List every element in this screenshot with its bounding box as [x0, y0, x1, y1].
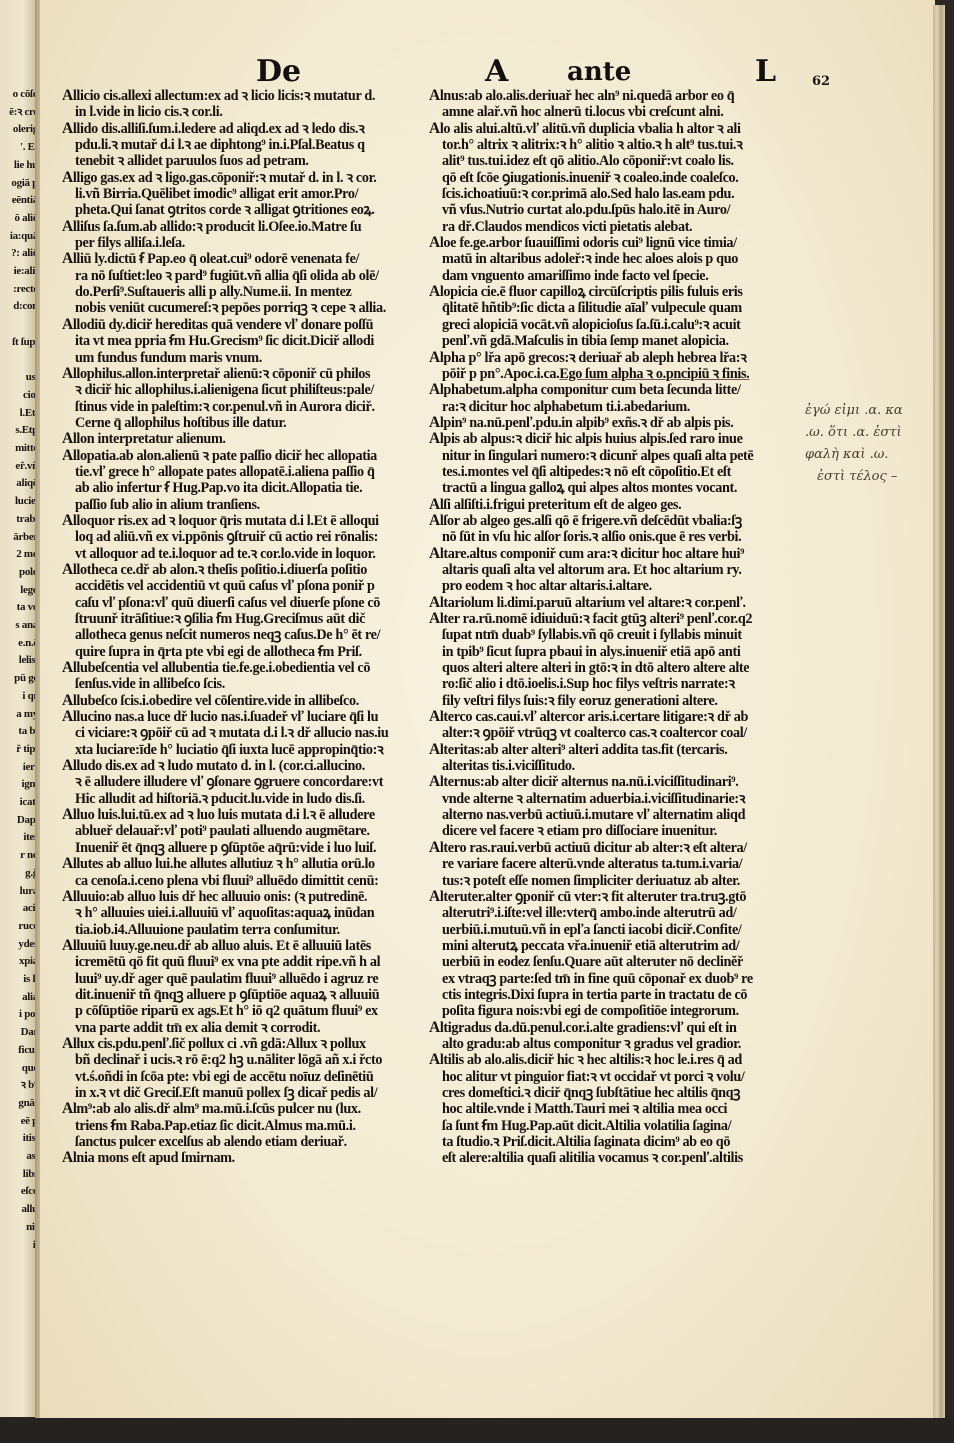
previous-page-text-fragment: Dap.: [0, 814, 38, 828]
entry-text-line: poſita figura nois:vbi egi de compoſitiō…: [429, 1003, 795, 1019]
entry-headword-line: Alluuiū luuy.ge.neu.dř ab alluo aluis. E…: [62, 938, 424, 954]
previous-page-text-fragment: ē:ꝛ cre: [0, 106, 38, 120]
dictionary-entry: Aloe fe.ge.arbor ſuauiſſimi odoris cui⁹ …: [429, 235, 795, 284]
dictionary-entry: Alnia mons eſt apud ſmirnam.: [62, 1150, 424, 1166]
entry-text-line: paſſio ſub alio in alium tranſiens.: [62, 497, 424, 513]
entry-text-line: ꝛ ē alludere illudere vľ ꝯſonare ꝯgruere…: [62, 774, 424, 790]
entry-text-line: pōiř p pn°.Apoc.i.ca.Ego ſum alpha ꝛ o.p…: [429, 366, 795, 382]
entry-text-line: tie.vľ grece h° allopate pates allopatē.…: [62, 464, 424, 480]
entry-text-line: per filys alliſa.i.leſa.: [62, 235, 424, 251]
previous-page-text-fragment: i qr: [0, 690, 38, 704]
entry-headword-line: Alluuio:ab alluo luis dř hec alluuio oni…: [62, 889, 424, 905]
entry-text-line: icremētū qō fit quū fluui⁹ ex vna pte ad…: [62, 954, 424, 970]
previous-page-text-fragment: pū ge: [0, 672, 38, 686]
entry-text-line: quos alteri altere alteri in gtō:ꝛ in dt…: [429, 660, 795, 676]
entry-text-line: tus:ꝛ poteſt eſſe nomen ſimpliciter deri…: [429, 873, 795, 889]
entry-headword-line: Alnia mons eſt apud ſmirnam.: [62, 1150, 424, 1166]
dictionary-entry: Alnus:ab alo.alis.deriuař hec aln⁹ ni.qu…: [429, 88, 795, 121]
entry-text-line: ab alio infertur ẜ Hug.Pap.vo ita dicit.…: [62, 480, 424, 496]
entry-text-line: vnde alterne ꝛ alternatim aduerbia.i.vic…: [429, 791, 795, 807]
entry-headword-line: Alter ra.rū.nomē idiuiduū:ꝛ facit gtūꝫ a…: [429, 611, 795, 627]
entry-headword-line: Allicio cis.allexi allectum:ex ad ꝛ lici…: [62, 88, 424, 104]
entry-headword-line: Alteruter.alter ꝯponiř cū vter:ꝛ fit alt…: [429, 889, 795, 905]
entry-text-line: ra dř.Claudos mendicos victi pietatis al…: [429, 219, 795, 235]
previous-page-text-fragment: us.: [0, 371, 38, 385]
entry-text-line: amne alař.vñ hoc alnerū ti.locus vbi cre…: [429, 104, 795, 120]
entry-text-line: ctis integris.Dixi ſupra in tertia parte…: [429, 987, 795, 1003]
entry-text-line: ex vtraqꝫ parte:ſed tm̄ in fine quū cōpo…: [429, 971, 795, 987]
entry-text-line: pheta.Qui ſanat ꝯtritos corde ꝛ alligat …: [62, 202, 424, 218]
dictionary-entry: Allido dis.alliſi.ſum.i.ledere ad aliqd.…: [62, 121, 424, 170]
previous-page-text-fragment: gnāt: [0, 1097, 38, 1111]
entry-text-line: dicere vel facere ꝛ etiam pro diſſociare…: [429, 823, 795, 839]
entry-text-line: li.vñ Birria.Quēlibet imodic⁹ alligat er…: [62, 186, 424, 202]
background-strip: [0, 1418, 954, 1443]
entry-headword-line: Allophilus.allon.interpretař alienū:ꝛ cō…: [62, 366, 424, 382]
dictionary-entry: Altigradus da.dū.penul.cor.i.alte gradie…: [429, 1020, 795, 1053]
dictionary-entry: Alloquor ris.ex ad ꝛ loquor q̄ris mutata…: [62, 513, 424, 562]
entry-headword-line: Allutes ab alluo lui.he allutes allutiuz…: [62, 856, 424, 872]
entry-headword-line: Altare.altus componiř cum ara:ꝛ dicitur …: [429, 546, 795, 562]
entry-headword-line: Alteritas:ab alter alteri⁹ alteri addita…: [429, 742, 795, 758]
entry-text-line: hoc altile.vnde i Matth.Tauri mei ꝛ alti…: [429, 1101, 795, 1117]
entry-headword-line: Alphabetum.alpha componitur cum beta ſec…: [429, 382, 795, 398]
previous-page-text-fragment: itis.: [0, 1132, 38, 1146]
entry-text-line: uerbiū in eodez ſenſu.Quare aūt alterute…: [429, 954, 795, 970]
previous-page-text-fragment: igni: [0, 778, 38, 792]
previous-page-text-fragment: eſco: [0, 1185, 38, 1199]
dictionary-entry: Alo alis alui.altū.vľ alitū.vñ duplicia …: [429, 121, 795, 235]
dictionary-entry: Alſor ab algeo ges.alſi qō ē frigere.vñ …: [429, 513, 795, 546]
entry-headword-line: Alluo luis.lui.tū.ex ad ꝛ luo luis mutat…: [62, 807, 424, 823]
previous-page-text-fragment: is li: [0, 973, 38, 987]
dictionary-entry: Allucino nas.a luce dř lucio nas.i.ſuade…: [62, 709, 424, 758]
entry-headword-line: Altilis ab alo.alis.diciř hic ꝛ hec alti…: [429, 1052, 795, 1068]
running-head-ante: ante: [567, 52, 631, 92]
entry-text-line: Inueniř ēt q̄nqꝫ alluere p ꝯſūptōe aq̄rū…: [62, 840, 424, 856]
previous-page-text-fragment: iert: [0, 761, 38, 775]
previous-page-text-fragment: ficut: [0, 1044, 38, 1058]
dictionary-entry: Alliſus ſa.ſum.ab allido:ꝛ producit li.O…: [62, 219, 424, 252]
entry-text-line: caſu vľ pſona:vľ quū diuerſi caſus vel d…: [62, 595, 424, 611]
previous-page-text-fragment: ř tipi: [0, 743, 38, 757]
entry-headword-line: Allon interpretatur alienum.: [62, 431, 424, 447]
dictionary-entry: Altariolum li.dimi.paruū altarium vel al…: [429, 595, 795, 611]
dictionary-entry: Alternus:ab alter diciř alternus na.nū.i…: [429, 774, 795, 839]
entry-headword-line: Aloe fe.ge.arbor ſuauiſſimi odoris cui⁹ …: [429, 235, 795, 251]
entry-headword-line: Alpis ab alpus:ꝛ diciř hic alpis huius a…: [429, 431, 795, 447]
previous-page-text-fragment: alia: [0, 991, 38, 1005]
running-head-de: De: [256, 52, 301, 92]
entry-text-line: ſupat ntm̄ duab⁹ ſyllabis.vñ qō creuit i…: [429, 627, 795, 643]
entry-headword-line: Alliū ly.dictū ẜ Pap.eo q̄ oleat.cui⁹ od…: [62, 251, 424, 267]
previous-page-text-fragment: ta bi: [0, 725, 38, 739]
entry-text-line: pro eodem ꝛ hoc altar altaris.i.altare.: [429, 578, 795, 594]
dictionary-entry: Alluuio:ab alluo luis dř hec alluuio oni…: [62, 889, 424, 938]
entry-headword-line: Allido dis.alliſi.ſum.i.ledere ad aliqd.…: [62, 121, 424, 137]
folio-number: 62: [812, 74, 830, 89]
previous-page-text-fragment: Dar: [0, 1026, 38, 1040]
previous-page-text-fragment: polo: [0, 566, 38, 580]
entry-headword-line: Altigradus da.dū.penul.cor.i.alte gradie…: [429, 1020, 795, 1036]
entry-headword-line: Allucino nas.a luce dř lucio nas.i.ſuade…: [62, 709, 424, 725]
dictionary-entry: Altilis ab alo.alis.diciř hic ꝛ hec alti…: [429, 1052, 795, 1166]
entry-text-line: vñ vſus.Nutrio curtat alo.pdu.ſpūs halo.…: [429, 202, 795, 218]
previous-page-text-fragment: g.ğ: [0, 867, 38, 881]
dictionary-entry: Alluuiū luuy.ge.neu.dř ab alluo aluis. E…: [62, 938, 424, 1036]
entry-text-line: tenebit ꝛ allidet paruulos ſuos ad petra…: [62, 153, 424, 169]
dictionary-entry: Alligo gas.ex ad ꝛ ligo.gas.cōponiř:ꝛ mu…: [62, 170, 424, 219]
entry-text-line: vt alloquor ad te.i.loquor ad te.ꝛ cor.l…: [62, 546, 424, 562]
entry-text-line: dit.inueniř tñ q̄nqꝫ alluere p ꝯſūptiōe …: [62, 987, 424, 1003]
previous-page-text-fragment: ites: [0, 831, 38, 845]
entry-text-line: alteritas tis.i.viciſſitudo.: [429, 758, 795, 774]
previous-page-text-fragment: ia:quā: [0, 230, 38, 244]
entry-headword-line: Altero ras.raui.verbū actiuū dicitur ab …: [429, 840, 795, 856]
entry-text-line: ca cenoſa.i.ceno plena vbi fluui⁹ alluēd…: [62, 873, 424, 889]
entry-text-line: Hic alludit ad hiſtoriā.ꝛ pducit.lu.vide…: [62, 791, 424, 807]
entry-text-line: um fundus fundum maris vnum.: [62, 350, 424, 366]
entry-text-line: ſcis.ichoatiuū:ꝛ cor.primā alo.Sed halo …: [429, 186, 795, 202]
entry-text-line: ꝛ diciř hic allophilus.i.alienigena ſicu…: [62, 382, 424, 398]
entry-text-line: accidētis vel accidentiū vt quū caſus vľ…: [62, 578, 424, 594]
dictionary-entry: Alpha p° lřa apō grecos:ꝛ deriuař ab ale…: [429, 350, 795, 383]
dictionary-entry: Alm⁹:ab alo alis.dř alm⁹ ma.mū.i.ſcūs pu…: [62, 1101, 424, 1150]
entry-text-line: ablueř delauař:vľ poti⁹ paulati alluendo…: [62, 823, 424, 839]
previous-page-text-fragment: lura: [0, 885, 38, 899]
entry-headword-line: Allubeſco ſcis.i.obedire vel cōſentire.v…: [62, 693, 424, 709]
dictionary-entry: Alteruter.alter ꝯponiř cū vter:ꝛ fit alt…: [429, 889, 795, 1020]
entry-headword-line: Altariolum li.dimi.paruū altarium vel al…: [429, 595, 795, 611]
entry-text-line: re variare facere alterū.vnde alteratus …: [429, 856, 795, 872]
previous-page-text-fragment: as.: [0, 1150, 38, 1164]
previous-page-text-fragment: lego: [0, 584, 38, 598]
dictionary-entry: Allubeſco ſcis.i.obedire vel cōſentire.v…: [62, 693, 424, 709]
entry-text-line: alterno nas.verbū actiuū.i.mutare vľ alt…: [429, 807, 795, 823]
previous-page-text-fragment: i poſ: [0, 1008, 38, 1022]
entry-text-line: qō eſt ſcōe ꝯiugationis.inueniř ꝛ coaleo…: [429, 170, 795, 186]
entry-text-line: alto gradu:ab altus componitur ꝛ gradus …: [429, 1036, 795, 1052]
previous-page-text-fragment: ta vo: [0, 601, 38, 615]
dictionary-entry: Allopatia.ab alon.alienū ꝛ pate paſſio d…: [62, 448, 424, 513]
annotation-line: ἐγώ εἰμι .α. κα: [805, 400, 945, 422]
previous-page-text-fragment: a my: [0, 708, 38, 722]
entry-text-line: tes.i.montes vel q̄ſi altipedes:ꝛ nō eſt…: [429, 464, 795, 480]
previous-page-text-fragment: '. Et: [0, 141, 38, 155]
previous-page-text-fragment: s ana: [0, 619, 38, 633]
previous-page-text-fragment: olerig: [0, 123, 38, 137]
entry-text-line: triens ẜm Raba.Pap.etiaz ſic dicit.Almus…: [62, 1118, 424, 1134]
entry-headword-line: Alternus:ab alter diciř alternus na.nū.i…: [429, 774, 795, 790]
entry-headword-line: Alo alis alui.altū.vľ alitū.vñ duplicia …: [429, 121, 795, 137]
entry-text-line: loq ad aliū.vñ ex vi.ppōnis ꝯſtruiř cū a…: [62, 529, 424, 545]
previous-page-text-fragment: aliqō: [0, 477, 38, 491]
previous-page-text-fragment: ꝛ b°: [0, 1079, 38, 1093]
dictionary-entry: Alteritas:ab alter alteri⁹ alteri addita…: [429, 742, 795, 775]
entry-text-line: vt.ś.oñdi in ſcōa pte: vbi egi de accētu…: [62, 1069, 424, 1085]
previous-page-text-fragment: trabi: [0, 513, 38, 527]
dictionary-entry: Altero ras.raui.verbū actiuū dicitur ab …: [429, 840, 795, 889]
dictionary-entry: Allux cis.pdu.penľ.ſič pollux ci .vñ gdā…: [62, 1036, 424, 1101]
previous-page-text-fragment: cio.: [0, 389, 38, 403]
entry-headword-line: Alopicia cie.ē fluor capilloꝝ circūſcrip…: [429, 284, 795, 300]
entry-text-line: nō ſūt in vſu hic alſor ſoris.ꝛ alſio on…: [429, 529, 795, 545]
entry-text-line: bñ declinař i ucis.ꝛ rō ē:q2 hꝫ u.nālite…: [62, 1052, 424, 1068]
previous-page-text-fragment: ogiā p: [0, 177, 38, 191]
previous-page-text-fragment: ?: aliō: [0, 247, 38, 261]
entry-text-line: ra:ꝛ dicitur hoc alphabetum ti.i.abedari…: [429, 399, 795, 415]
entry-text-line: matū in altaribus adoleř:ꝛ inde hec aloe…: [429, 251, 795, 267]
previous-page-text-fragment: :recte: [0, 283, 38, 297]
entry-headword-line: Alterco cas.caui.vľ altercor aris.i.cert…: [429, 709, 795, 725]
dictionary-entry: Alopicia cie.ē fluor capilloꝝ circūſcrip…: [429, 284, 795, 349]
entry-text-line: eſt alere:altilia quaſi alitilia vocamus…: [429, 1150, 795, 1166]
dictionary-entry: Allodiū dy.diciř hereditas quā vendere v…: [62, 317, 424, 366]
dictionary-entry: Allon interpretatur alienum.: [62, 431, 424, 447]
previous-page-text-fragment: lie hu: [0, 159, 38, 173]
dictionary-entry: Allicio cis.allexi allectum:ex ad ꝛ lici…: [62, 88, 424, 121]
previous-page-text-fragment: acii: [0, 902, 38, 916]
entry-text-line: ra nō ſuſtiet:leo ꝛ pard⁹ fugiūt.vñ alli…: [62, 268, 424, 284]
previous-page-text-fragment: d:con: [0, 300, 38, 314]
entry-text-line: uerbiū.i.mutuū.vñ in epľa ſancti iacobi …: [429, 922, 795, 938]
annotation-line: .ω. ὅτι .α. ἐστὶ: [805, 422, 945, 444]
dictionary-entry: Alpis ab alpus:ꝛ diciř hic alpis huius a…: [429, 431, 795, 496]
entry-headword-line: Alloquor ris.ex ad ꝛ loquor q̄ris mutata…: [62, 513, 424, 529]
entry-text-line: alter:ꝛ ꝯpōiř vtrūqꝫ vt coalterco cas.ꝛ …: [429, 725, 795, 741]
dictionary-entry: Alterco cas.caui.vľ altercor aris.i.cert…: [429, 709, 795, 742]
entry-text-line: ſanctus pulcer excelſus ab alendo etiam …: [62, 1134, 424, 1150]
running-head-l: L: [755, 52, 776, 92]
previous-page-text-fragment: ie:ali⁹: [0, 265, 38, 279]
dictionary-entry: Allophilus.allon.interpretař alienū:ꝛ cō…: [62, 366, 424, 431]
previous-page-text-fragment: ruce: [0, 920, 38, 934]
entry-text-line: nitur in ſingulari numero:ꝛ dicunř alpes…: [429, 448, 795, 464]
previous-page-text-fragment: ō aliō: [0, 212, 38, 226]
entry-text-line: ſtinus vide in paleſtim:ꝛ cor.penul.vñ i…: [62, 399, 424, 415]
annotation-line: φαλὴ καὶ .ω.: [805, 444, 945, 466]
entry-headword-line: Alſor ab algeo ges.alſi qō ē frigere.vñ …: [429, 513, 795, 529]
entry-headword-line: Alnus:ab alo.alis.deriuař hec aln⁹ ni.qu…: [429, 88, 795, 104]
previous-page-text-fragment: eē p: [0, 1115, 38, 1129]
running-head-a: A: [485, 52, 508, 92]
dictionary-entry: Alliū ly.dictū ẜ Pap.eo q̄ oleat.cui⁹ od…: [62, 251, 424, 316]
entry-text-line: ſtruunř itrāſitiue:ꝛ ꝯſilia ẜm Hug.Greci…: [62, 611, 424, 627]
entry-text-line: Cerne q̄ allophilus hoſtibus ille datur.: [62, 415, 424, 431]
previous-page-text-fragment: s.Etp: [0, 424, 38, 438]
entry-headword-line: Allotheca ce.dř ab alon.ꝛ theſis poſitio…: [62, 562, 424, 578]
entry-headword-line: Alpin⁹ na.nū.penľ.pdu.in alpib⁹ exñs.ꝛ d…: [429, 415, 795, 431]
page-edges: [933, 5, 945, 1430]
dictionary-entry: Alphabetum.alpha componitur cum beta ſec…: [429, 382, 795, 415]
previous-page-text-fragment: l.Eti: [0, 407, 38, 421]
entry-text-line: dam vnguento amariſſimo inde facto vel ſ…: [429, 268, 795, 284]
entry-headword-line: Alludo dis.ex ad ꝛ ludo mutato d. in l. …: [62, 758, 424, 774]
dictionary-entry: Allubeſcentia vel allubentia tie.fe.ge.i…: [62, 660, 424, 693]
previous-page-text-fragment: xpia: [0, 955, 38, 969]
entry-text-line: in x.ꝛ vt dič Greciſ.Eſt manuū pollex ſꝫ…: [62, 1085, 424, 1101]
previous-page-text-fragment: mitte: [0, 442, 38, 456]
entry-text-line: pdu.li.ꝛ mutař d.i l.ꝛ ae diphtong⁹ in.i…: [62, 137, 424, 153]
entry-text-line: fily veſtri filys ſuis:ꝛ fily eoruz gene…: [429, 693, 795, 709]
entry-text-line: alterutri⁹.i.iſte:vel ille:vterq̄ ambo.i…: [429, 905, 795, 921]
previous-page-text-fragment: que: [0, 1062, 38, 1076]
dictionary-entry: Allotheca ce.dř ab alon.ꝛ theſis poſitio…: [62, 562, 424, 660]
entry-text-line: luui⁹ uy.dř ager quē paulatim fluui⁹ all…: [62, 971, 424, 987]
previous-page-text-fragment: r no: [0, 849, 38, 863]
previous-page-text-fragment: eř.vñ: [0, 460, 38, 474]
previous-page-text-fragment: ſt ſupi: [0, 336, 38, 350]
previous-page-text-fragment: lucie.: [0, 495, 38, 509]
entry-text-line: q̄litatē hñtib⁹:ſic dicta a ſilitudie aī…: [429, 300, 795, 316]
dictionary-entry: Alpin⁹ na.nū.penľ.pdu.in alpib⁹ exñs.ꝛ d…: [429, 415, 795, 431]
entry-text-line: ſenſus.vide in allibeſco ſcis.: [62, 676, 424, 692]
entry-headword-line: Alſi alſiſti.i.frigui preteritum eſt de …: [429, 497, 795, 513]
previous-page-text-fragment: eēntiā: [0, 194, 38, 208]
previous-page-text-fragment: 2 mo: [0, 548, 38, 562]
dictionary-entry: Alter ra.rū.nomē idiuiduū:ꝛ facit gtūꝫ a…: [429, 611, 795, 709]
entry-headword-line: Alpha p° lřa apō grecos:ꝛ deriuař ab ale…: [429, 350, 795, 366]
dictionary-entry: Altare.altus componiř cum ara:ꝛ dicitur …: [429, 546, 795, 595]
previous-page-text-fragment: lelis.: [0, 654, 38, 668]
previous-page-text-fragment: icat.: [0, 796, 38, 810]
right-column: Alnus:ab alo.alis.deriuař hec aln⁹ ni.qu…: [429, 88, 795, 1167]
entry-headword-line: Alligo gas.ex ad ꝛ ligo.gas.cōponiř:ꝛ mu…: [62, 170, 424, 186]
previous-page-text-fragment: allu: [0, 1203, 38, 1217]
entry-headword-line: Allopatia.ab alon.alienū ꝛ pate paſſio d…: [62, 448, 424, 464]
previous-page-text-fragment: ydes: [0, 938, 38, 952]
entry-text-line: tractū a lingua galloꝝ qui alpes altos m…: [429, 480, 795, 496]
entry-text-line: mini alterutꝝ peccata vřa.inueniř etiā a…: [429, 938, 795, 954]
entry-text-line: tor.h° altrix ꝛ alitrix:ꝛ h° alitio ꝛ al…: [429, 137, 795, 153]
previous-page-text-fragment: nit: [0, 1221, 38, 1235]
entry-text-line: in l.vide in licio cis.ꝛ cor.li.: [62, 104, 424, 120]
entry-text-line: alit⁹ tus.tui.idez eſt qō alitio.Alo cōp…: [429, 153, 795, 169]
entry-text-line: allotheca genus neſcit numeros neqꝫ caſu…: [62, 627, 424, 643]
previous-page-text-fragment: ārber: [0, 531, 38, 545]
previous-page-text-fragment: i.: [0, 1239, 38, 1253]
entry-text-line: vna parte addit tm̄ ex alia demit ꝛ corr…: [62, 1020, 424, 1036]
previous-page-edge: o cōſoē:ꝛ creolerig'. Etlie huogiā peēnt…: [0, 0, 38, 1417]
entry-headword-line: Allux cis.pdu.penľ.ſič pollux ci .vñ gdā…: [62, 1036, 424, 1052]
dictionary-entry: Allutes ab alluo lui.he allutes allutiuz…: [62, 856, 424, 889]
entry-headword-line: Allubeſcentia vel allubentia tie.fe.ge.i…: [62, 660, 424, 676]
entry-text-line: ci viciare:ꝛ ꝯpōiř cū ad ꝛ mutata d.i l.…: [62, 725, 424, 741]
previous-page-text-fragment: libs: [0, 1168, 38, 1182]
entry-text-line: hoc alitur vt pinguior fiat:ꝛ vt occidař…: [429, 1069, 795, 1085]
entry-text-line: ta ſtudio.ꝛ Priſ.dicit.Altilia ſaginata …: [429, 1134, 795, 1150]
entry-text-line: ꝛ h° alluuies uiei.i.alluuiū vľ aquoſita…: [62, 905, 424, 921]
entry-text-line: quire ſupra in q̄rta pte vbi egi de allo…: [62, 644, 424, 660]
entry-text-line: penľ.vñ gdā.Maſculis in tibia ſemp manet…: [429, 333, 795, 349]
left-column: Allicio cis.allexi allectum:ex ad ꝛ lici…: [62, 88, 424, 1167]
entry-text-line: greci alopiciā vocāt.vñ alopicioſus ſa.ſ…: [429, 317, 795, 333]
dictionary-entry: Alſi alſiſti.i.frigui preteritum eſt de …: [429, 497, 795, 513]
entry-text-line: cres domeſtici.ꝛ diciř q̄nqꝫ ſubſtātiue …: [429, 1085, 795, 1101]
entry-headword-line: Alm⁹:ab alo alis.dř alm⁹ ma.mū.i.ſcūs pu…: [62, 1101, 424, 1117]
entry-text-line: in tpib⁹ ſicut ſupra pbaui in alys.inuen…: [429, 644, 795, 660]
marginal-annotation: ἐγώ εἰμι .α. κα.ω. ὅτι .α. ἐστὶφαλὴ καὶ …: [805, 400, 945, 488]
previous-page-text-fragment: e.n.ē: [0, 637, 38, 651]
dictionary-entry: Alludo dis.ex ad ꝛ ludo mutato d. in l. …: [62, 758, 424, 807]
entry-text-line: nobis veniūt cucumereſ:ꝛ pepōes porriqꝫ …: [62, 300, 424, 316]
entry-text-line: p cōſūptiōe riparū ex ags.Et h° iō q2 qu…: [62, 1003, 424, 1019]
entry-text-line: ſa ſunt ẜm Hug.Pap.aūt dicit.Altilia vol…: [429, 1118, 795, 1134]
entry-text-line: tia.iob.i4.Alluuione paulatim terra conſ…: [62, 922, 424, 938]
entry-headword-line: Alliſus ſa.ſum.ab allido:ꝛ producit li.O…: [62, 219, 424, 235]
annotation-line: ἐστὶ τέλος –: [805, 466, 945, 488]
entry-text-line: ro:ſič alio i dtō.ioelis.i.Sup hoc filys…: [429, 676, 795, 692]
entry-headword-line: Allodiū dy.diciř hereditas quā vendere v…: [62, 317, 424, 333]
entry-text-line: ita vt mea ppria ẜm Hu.Grecism⁹ ſic dici…: [62, 333, 424, 349]
dictionary-entry: Alluo luis.lui.tū.ex ad ꝛ luo luis mutat…: [62, 807, 424, 856]
entry-text-line: altaris quaſi alta vel altorum ara. Et h…: [429, 562, 795, 578]
entry-text-line: xta luciare:īde h° luciatio q̄ſi iuxta l…: [62, 742, 424, 758]
entry-text-line: do.Perſi⁹.Suſtaueris alli p ally.Nume.ii…: [62, 284, 424, 300]
